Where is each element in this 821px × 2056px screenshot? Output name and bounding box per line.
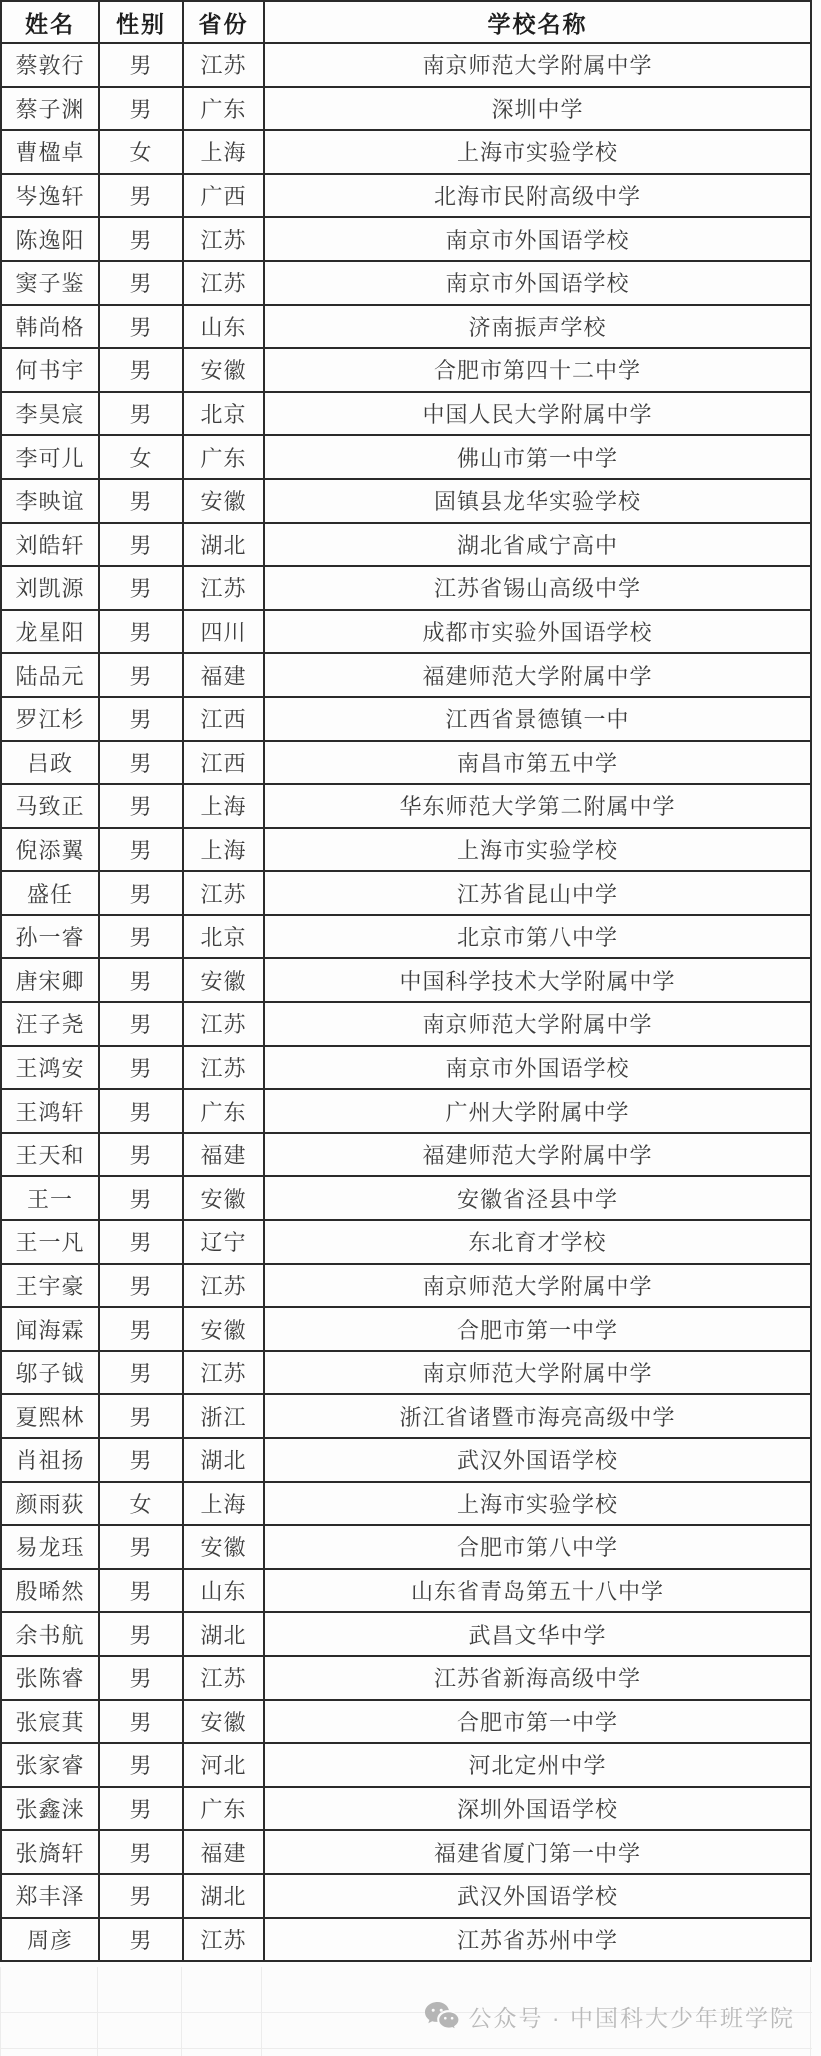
grid-line-vertical — [810, 1967, 811, 2056]
cell-province: 上海 — [183, 1482, 264, 1526]
cell-school: 江苏省苏州中学 — [264, 1918, 811, 1962]
table-row: 夏熙林男浙江浙江省诸暨市海亮高级中学 — [1, 1394, 811, 1438]
cell-name: 李可儿 — [1, 435, 99, 479]
cell-school: 福建师范大学附属中学 — [264, 1133, 811, 1177]
cell-province: 福建 — [183, 1830, 264, 1874]
table-header-row: 姓名 性别 省份 学校名称 — [1, 1, 811, 43]
table-row: 何书宇男安徽合肥市第四十二中学 — [1, 348, 811, 392]
cell-name: 王鸿轩 — [1, 1089, 99, 1133]
cell-gender: 男 — [99, 261, 183, 305]
cell-gender: 男 — [99, 566, 183, 610]
cell-province: 江苏 — [183, 217, 264, 261]
cell-gender: 男 — [99, 174, 183, 218]
cell-school: 南京市外国语学校 — [264, 217, 811, 261]
cell-school: 浙江省诸暨市海亮高级中学 — [264, 1394, 811, 1438]
cell-province: 山东 — [183, 1569, 264, 1613]
watermark: 公众号 · 中国科大少年班学院 — [424, 2000, 795, 2033]
cell-school: 江苏省新海高级中学 — [264, 1656, 811, 1700]
cell-school: 上海市实验学校 — [264, 828, 811, 872]
table-row: 张家睿男河北河北定州中学 — [1, 1743, 811, 1787]
cell-name: 龙星阳 — [1, 610, 99, 654]
cell-school: 山东省青岛第五十八中学 — [264, 1569, 811, 1613]
cell-gender: 男 — [99, 871, 183, 915]
cell-name: 刘凯源 — [1, 566, 99, 610]
cell-name: 周彦 — [1, 1918, 99, 1962]
cell-school: 南京师范大学附属中学 — [264, 1264, 811, 1308]
cell-province: 江苏 — [183, 1918, 264, 1962]
cell-province: 上海 — [183, 828, 264, 872]
cell-province: 广东 — [183, 1787, 264, 1831]
table-row: 殷晞然男山东山东省青岛第五十八中学 — [1, 1569, 811, 1613]
cell-name: 何书宇 — [1, 348, 99, 392]
cell-name: 陆品元 — [1, 653, 99, 697]
cell-school: 固镇县龙华实验学校 — [264, 479, 811, 523]
col-header-gender: 性别 — [99, 1, 183, 43]
table-row: 易龙珏男安徽合肥市第八中学 — [1, 1525, 811, 1569]
cell-province: 浙江 — [183, 1394, 264, 1438]
cell-province: 四川 — [183, 610, 264, 654]
table-row: 马致正男上海华东师范大学第二附属中学 — [1, 784, 811, 828]
table-row: 蔡子渊男广东深圳中学 — [1, 87, 811, 131]
cell-province: 江苏 — [183, 1264, 264, 1308]
cell-school: 佛山市第一中学 — [264, 435, 811, 479]
cell-province: 河北 — [183, 1743, 264, 1787]
cell-name: 邬子钺 — [1, 1351, 99, 1395]
cell-gender: 男 — [99, 1525, 183, 1569]
cell-province: 广西 — [183, 174, 264, 218]
cell-school: 江西省景德镇一中 — [264, 697, 811, 741]
cell-name: 王天和 — [1, 1133, 99, 1177]
page: 姓名 性别 省份 学校名称 蔡敦行男江苏南京师范大学附属中学蔡子渊男广东深圳中学… — [0, 0, 821, 2056]
cell-province: 江苏 — [183, 1046, 264, 1090]
cell-province: 福建 — [183, 1133, 264, 1177]
table-row: 郑丰泽男湖北武汉外国语学校 — [1, 1874, 811, 1918]
cell-gender: 男 — [99, 958, 183, 1002]
cell-gender: 男 — [99, 697, 183, 741]
cell-name: 李映谊 — [1, 479, 99, 523]
cell-school: 江苏省昆山中学 — [264, 871, 811, 915]
table-row: 倪添翼男上海上海市实验学校 — [1, 828, 811, 872]
cell-province: 江苏 — [183, 566, 264, 610]
cell-province: 江苏 — [183, 1351, 264, 1395]
cell-province: 上海 — [183, 784, 264, 828]
cell-name: 盛任 — [1, 871, 99, 915]
cell-province: 广东 — [183, 87, 264, 131]
cell-province: 北京 — [183, 915, 264, 959]
cell-name: 张鑫涞 — [1, 1787, 99, 1831]
cell-school: 南京市外国语学校 — [264, 1046, 811, 1090]
grid-line-vertical — [97, 1967, 98, 2056]
cell-name: 张宸萁 — [1, 1700, 99, 1744]
cell-gender: 男 — [99, 1743, 183, 1787]
cell-name: 张旖轩 — [1, 1830, 99, 1874]
cell-name: 颜雨荻 — [1, 1482, 99, 1526]
cell-gender: 男 — [99, 1351, 183, 1395]
cell-name: 蔡子渊 — [1, 87, 99, 131]
cell-school: 南京师范大学附属中学 — [264, 1351, 811, 1395]
cell-school: 中国人民大学附属中学 — [264, 392, 811, 436]
table-row: 刘凯源男江苏江苏省锡山高级中学 — [1, 566, 811, 610]
cell-name: 王鸿安 — [1, 1046, 99, 1090]
table-row: 王鸿轩男广东广州大学附属中学 — [1, 1089, 811, 1133]
cell-gender: 男 — [99, 1787, 183, 1831]
wechat-icon — [424, 2001, 460, 2033]
cell-school: 南京市外国语学校 — [264, 261, 811, 305]
table-row: 盛任男江苏江苏省昆山中学 — [1, 871, 811, 915]
cell-school: 湖北省咸宁高中 — [264, 523, 811, 567]
cell-school: 福建师范大学附属中学 — [264, 653, 811, 697]
cell-school: 合肥市第一中学 — [264, 1700, 811, 1744]
table-row: 李映谊男安徽固镇县龙华实验学校 — [1, 479, 811, 523]
cell-gender: 男 — [99, 217, 183, 261]
table-row: 张鑫涞男广东深圳外国语学校 — [1, 1787, 811, 1831]
cell-province: 湖北 — [183, 1874, 264, 1918]
cell-school: 北京市第八中学 — [264, 915, 811, 959]
cell-gender: 男 — [99, 523, 183, 567]
cell-school: 华东师范大学第二附属中学 — [264, 784, 811, 828]
cell-province: 江苏 — [183, 261, 264, 305]
cell-gender: 男 — [99, 828, 183, 872]
cell-gender: 男 — [99, 348, 183, 392]
cell-name: 唐宋卿 — [1, 958, 99, 1002]
cell-gender: 男 — [99, 784, 183, 828]
table-row: 汪子尧男江苏南京师范大学附属中学 — [1, 1002, 811, 1046]
cell-name: 刘皓轩 — [1, 523, 99, 567]
table-row: 张旖轩男福建福建省厦门第一中学 — [1, 1830, 811, 1874]
cell-school: 深圳外国语学校 — [264, 1787, 811, 1831]
cell-name: 张陈睿 — [1, 1656, 99, 1700]
cell-name: 闻海霖 — [1, 1307, 99, 1351]
table-row: 龙星阳男四川成都市实验外国语学校 — [1, 610, 811, 654]
cell-name: 王宇豪 — [1, 1264, 99, 1308]
cell-school: 南京师范大学附属中学 — [264, 1002, 811, 1046]
table-row: 王鸿安男江苏南京市外国语学校 — [1, 1046, 811, 1090]
cell-province: 安徽 — [183, 1307, 264, 1351]
table-row: 窦子鉴男江苏南京市外国语学校 — [1, 261, 811, 305]
col-header-province: 省份 — [183, 1, 264, 43]
table-row: 王一男安徽安徽省泾县中学 — [1, 1176, 811, 1220]
cell-school: 武昌文华中学 — [264, 1612, 811, 1656]
table-body: 蔡敦行男江苏南京师范大学附属中学蔡子渊男广东深圳中学曹楹卓女上海上海市实验学校岑… — [1, 43, 811, 1961]
cell-name: 夏熙林 — [1, 1394, 99, 1438]
cell-name: 陈逸阳 — [1, 217, 99, 261]
cell-name: 殷晞然 — [1, 1569, 99, 1613]
grid-line-horizontal — [0, 2048, 812, 2049]
cell-school: 合肥市第八中学 — [264, 1525, 811, 1569]
cell-name: 曹楹卓 — [1, 130, 99, 174]
cell-gender: 男 — [99, 87, 183, 131]
table-row: 颜雨荻女上海上海市实验学校 — [1, 1482, 811, 1526]
table-row: 李昊宸男北京中国人民大学附属中学 — [1, 392, 811, 436]
cell-school: 武汉外国语学校 — [264, 1438, 811, 1482]
cell-province: 福建 — [183, 653, 264, 697]
cell-province: 广东 — [183, 1089, 264, 1133]
cell-gender: 男 — [99, 1307, 183, 1351]
table-row: 岑逸轩男广西北海市民附高级中学 — [1, 174, 811, 218]
cell-province: 江苏 — [183, 43, 264, 87]
table-row: 王天和男福建福建师范大学附属中学 — [1, 1133, 811, 1177]
table-row: 王一凡男辽宁东北育才学校 — [1, 1220, 811, 1264]
cell-province: 北京 — [183, 392, 264, 436]
table-row: 张陈睿男江苏江苏省新海高级中学 — [1, 1656, 811, 1700]
cell-name: 岑逸轩 — [1, 174, 99, 218]
cell-school: 合肥市第四十二中学 — [264, 348, 811, 392]
cell-province: 江西 — [183, 697, 264, 741]
cell-gender: 女 — [99, 1482, 183, 1526]
table-row: 刘皓轩男湖北湖北省咸宁高中 — [1, 523, 811, 567]
cell-gender: 男 — [99, 1264, 183, 1308]
table-row: 王宇豪男江苏南京师范大学附属中学 — [1, 1264, 811, 1308]
cell-gender: 男 — [99, 1394, 183, 1438]
table-row: 罗江杉男江西江西省景德镇一中 — [1, 697, 811, 741]
cell-name: 肖祖扬 — [1, 1438, 99, 1482]
col-header-school: 学校名称 — [264, 1, 811, 43]
cell-school: 武汉外国语学校 — [264, 1874, 811, 1918]
cell-province: 江苏 — [183, 1656, 264, 1700]
cell-school: 南京师范大学附属中学 — [264, 43, 811, 87]
cell-school: 成都市实验外国语学校 — [264, 610, 811, 654]
cell-gender: 女 — [99, 130, 183, 174]
cell-name: 王一 — [1, 1176, 99, 1220]
cell-name: 李昊宸 — [1, 392, 99, 436]
cell-province: 安徽 — [183, 1525, 264, 1569]
cell-province: 安徽 — [183, 1176, 264, 1220]
cell-province: 辽宁 — [183, 1220, 264, 1264]
table-row: 肖祖扬男湖北武汉外国语学校 — [1, 1438, 811, 1482]
cell-province: 安徽 — [183, 1700, 264, 1744]
cell-gender: 男 — [99, 1002, 183, 1046]
table-row: 吕政男江西南昌市第五中学 — [1, 741, 811, 785]
cell-name: 余书航 — [1, 1612, 99, 1656]
cell-gender: 女 — [99, 435, 183, 479]
cell-gender: 男 — [99, 1656, 183, 1700]
cell-name: 罗江杉 — [1, 697, 99, 741]
cell-name: 蔡敦行 — [1, 43, 99, 87]
cell-name: 张家睿 — [1, 1743, 99, 1787]
cell-school: 合肥市第一中学 — [264, 1307, 811, 1351]
cell-province: 江西 — [183, 741, 264, 785]
grid-line-vertical — [181, 1967, 182, 2056]
cell-school: 福建省厦门第一中学 — [264, 1830, 811, 1874]
cell-province: 湖北 — [183, 523, 264, 567]
cell-province: 湖北 — [183, 1612, 264, 1656]
cell-school: 南昌市第五中学 — [264, 741, 811, 785]
cell-gender: 男 — [99, 1612, 183, 1656]
cell-school: 上海市实验学校 — [264, 1482, 811, 1526]
table-row: 陈逸阳男江苏南京市外国语学校 — [1, 217, 811, 261]
cell-gender: 男 — [99, 1918, 183, 1962]
table-row: 周彦男江苏江苏省苏州中学 — [1, 1918, 811, 1962]
cell-school: 河北定州中学 — [264, 1743, 811, 1787]
cell-province: 上海 — [183, 130, 264, 174]
cell-name: 窦子鉴 — [1, 261, 99, 305]
table-row: 韩尚格男山东济南振声学校 — [1, 305, 811, 349]
cell-gender: 男 — [99, 479, 183, 523]
cell-name: 韩尚格 — [1, 305, 99, 349]
cell-province: 广东 — [183, 435, 264, 479]
cell-gender: 男 — [99, 1830, 183, 1874]
cell-gender: 男 — [99, 1176, 183, 1220]
cell-school: 广州大学附属中学 — [264, 1089, 811, 1133]
table-row: 余书航男湖北武昌文华中学 — [1, 1612, 811, 1656]
cell-gender: 男 — [99, 1569, 183, 1613]
cell-school: 江苏省锡山高级中学 — [264, 566, 811, 610]
table-row: 闻海霖男安徽合肥市第一中学 — [1, 1307, 811, 1351]
cell-school: 安徽省泾县中学 — [264, 1176, 811, 1220]
table-row: 曹楹卓女上海上海市实验学校 — [1, 130, 811, 174]
cell-gender: 男 — [99, 1220, 183, 1264]
cell-gender: 男 — [99, 653, 183, 697]
cell-name: 易龙珏 — [1, 1525, 99, 1569]
cell-name: 孙一睿 — [1, 915, 99, 959]
table-row: 陆品元男福建福建师范大学附属中学 — [1, 653, 811, 697]
cell-gender: 男 — [99, 392, 183, 436]
cell-gender: 男 — [99, 43, 183, 87]
cell-gender: 男 — [99, 915, 183, 959]
cell-gender: 男 — [99, 610, 183, 654]
cell-gender: 男 — [99, 1874, 183, 1918]
cell-gender: 男 — [99, 305, 183, 349]
table-row: 唐宋卿男安徽中国科学技术大学附属中学 — [1, 958, 811, 1002]
grid-line-vertical — [261, 1967, 262, 2056]
cell-gender: 男 — [99, 1700, 183, 1744]
cell-gender: 男 — [99, 1133, 183, 1177]
cell-gender: 男 — [99, 1089, 183, 1133]
cell-school: 东北育才学校 — [264, 1220, 811, 1264]
cell-name: 郑丰泽 — [1, 1874, 99, 1918]
students-table: 姓名 性别 省份 学校名称 蔡敦行男江苏南京师范大学附属中学蔡子渊男广东深圳中学… — [0, 0, 812, 1962]
watermark-text: 公众号 · 中国科大少年班学院 — [469, 2000, 795, 2033]
table-row: 孙一睿男北京北京市第八中学 — [1, 915, 811, 959]
cell-name: 吕政 — [1, 741, 99, 785]
cell-school: 中国科学技术大学附属中学 — [264, 958, 811, 1002]
cell-province: 江苏 — [183, 871, 264, 915]
cell-province: 湖北 — [183, 1438, 264, 1482]
col-header-name: 姓名 — [1, 1, 99, 43]
table-row: 李可儿女广东佛山市第一中学 — [1, 435, 811, 479]
table-row: 蔡敦行男江苏南京师范大学附属中学 — [1, 43, 811, 87]
table-row: 邬子钺男江苏南京师范大学附属中学 — [1, 1351, 811, 1395]
cell-school: 深圳中学 — [264, 87, 811, 131]
cell-name: 王一凡 — [1, 1220, 99, 1264]
cell-province: 安徽 — [183, 958, 264, 1002]
cell-name: 马致正 — [1, 784, 99, 828]
cell-province: 安徽 — [183, 348, 264, 392]
grid-line-vertical — [0, 1967, 1, 2056]
cell-name: 汪子尧 — [1, 1002, 99, 1046]
table-row: 张宸萁男安徽合肥市第一中学 — [1, 1700, 811, 1744]
cell-gender: 男 — [99, 1046, 183, 1090]
cell-gender: 男 — [99, 741, 183, 785]
cell-province: 山东 — [183, 305, 264, 349]
cell-province: 安徽 — [183, 479, 264, 523]
cell-school: 上海市实验学校 — [264, 130, 811, 174]
cell-province: 江苏 — [183, 1002, 264, 1046]
cell-school: 北海市民附高级中学 — [264, 174, 811, 218]
cell-gender: 男 — [99, 1438, 183, 1482]
cell-school: 济南振声学校 — [264, 305, 811, 349]
cell-name: 倪添翼 — [1, 828, 99, 872]
